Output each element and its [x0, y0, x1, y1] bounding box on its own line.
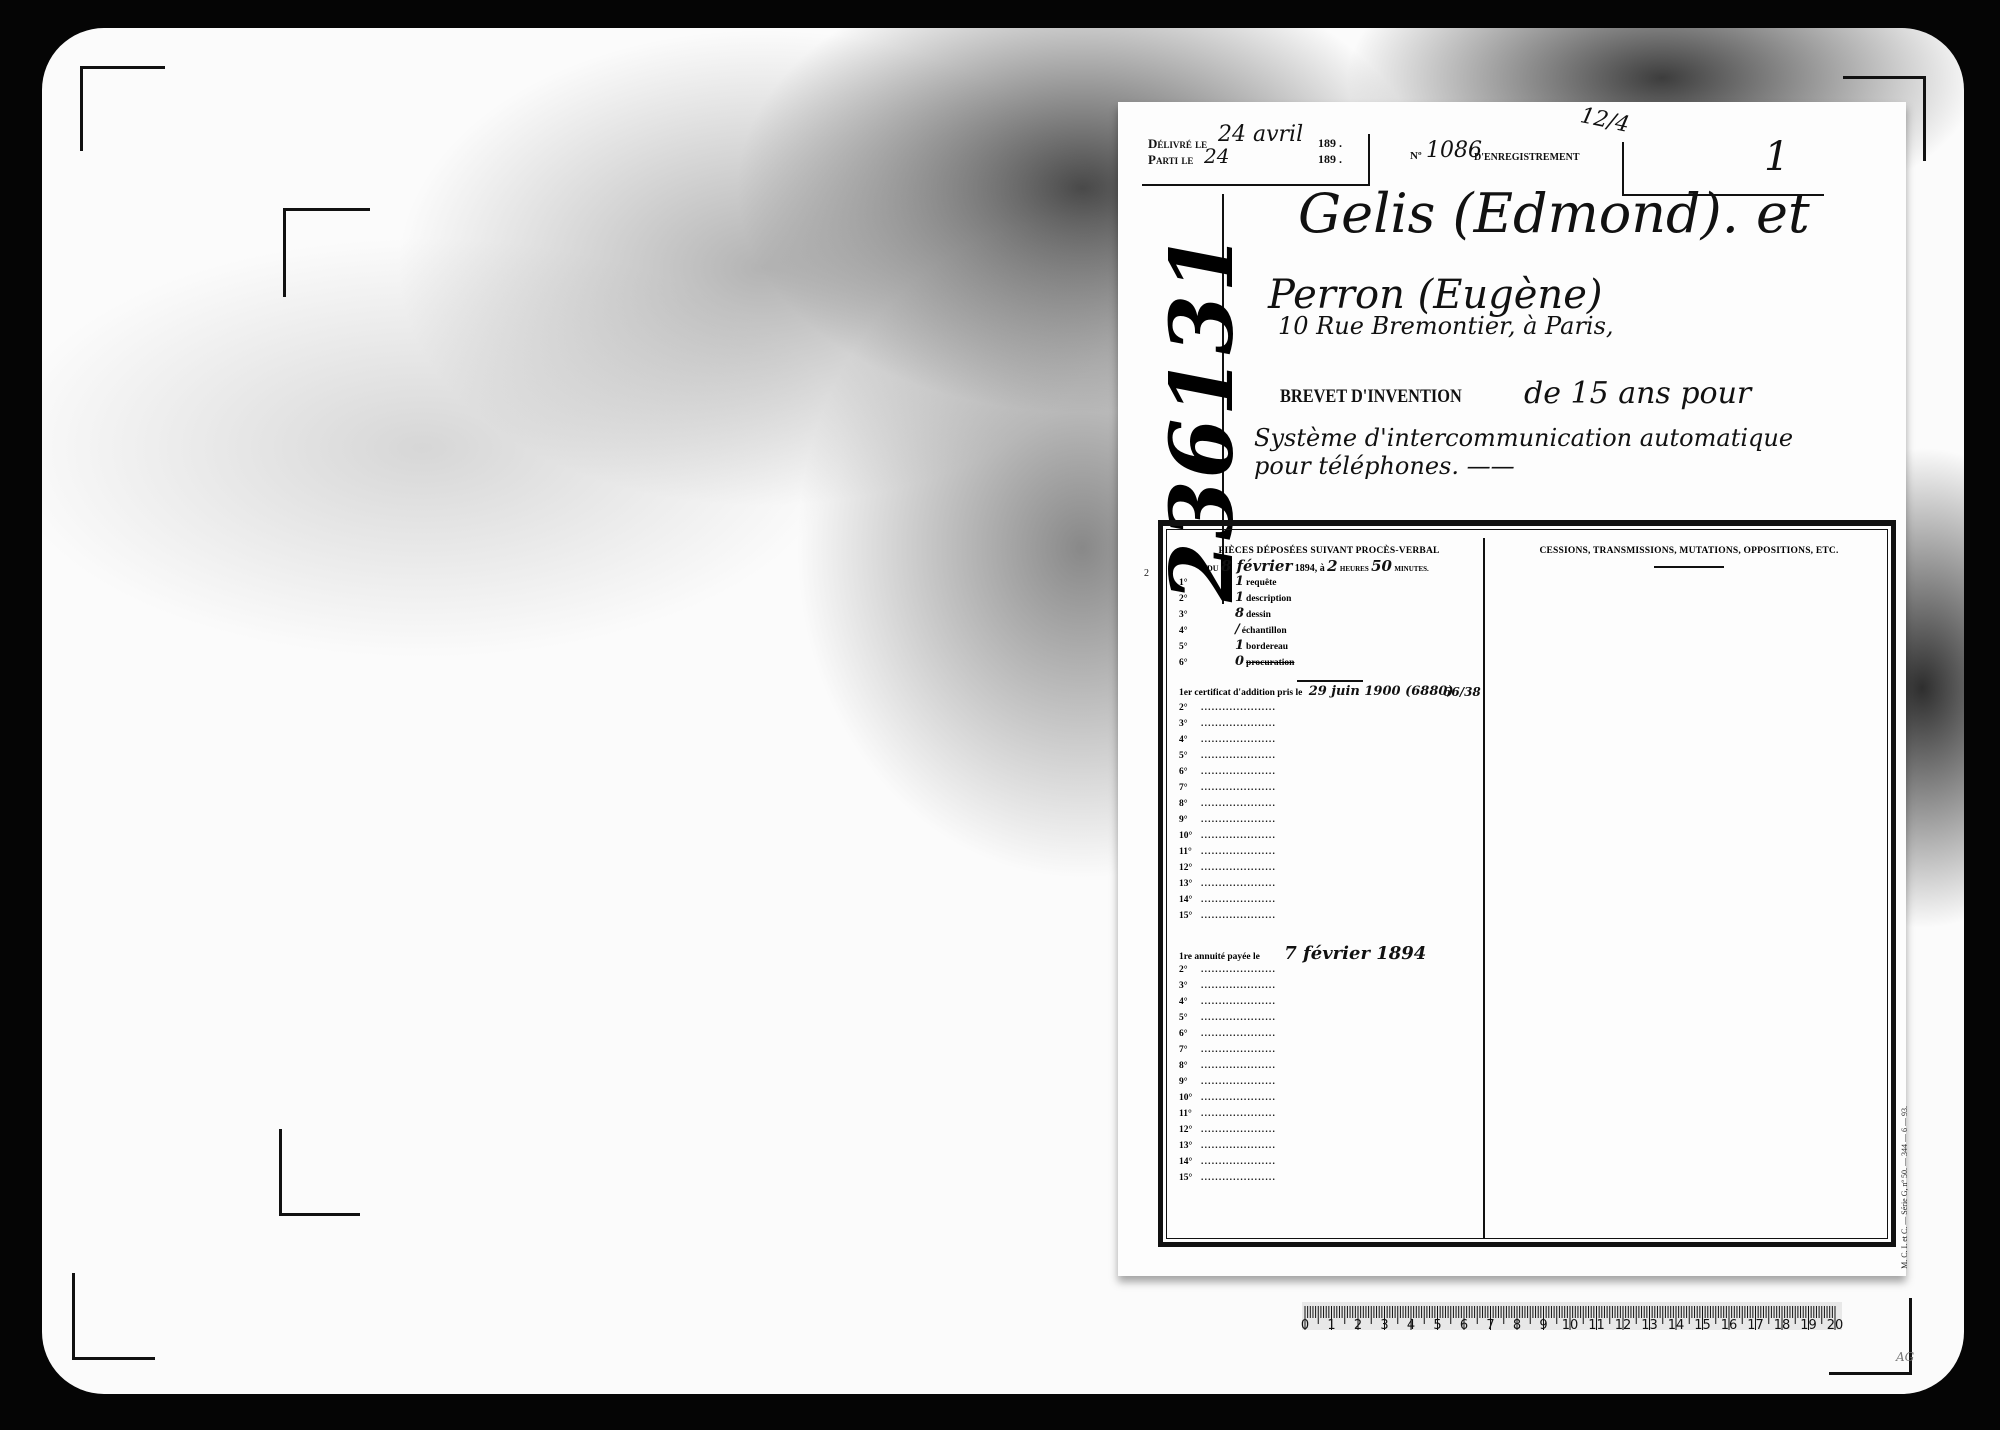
fraction-note: 12/4 [1578, 103, 1632, 138]
patent-subject-line-2: pour téléphones. —— [1254, 452, 1515, 480]
corner-mark-top-left-inner [283, 208, 370, 297]
ruler-label: 8 [1513, 1318, 1521, 1333]
ruler-label: 6 [1460, 1318, 1468, 1333]
piece-item: 3°8dessin [1179, 606, 1479, 622]
holder-line-1: Gelis (Edmond). et [1298, 182, 1810, 245]
list-item: 8°..................... [1179, 796, 1479, 812]
annuite-list: 2°.....................3°...............… [1179, 962, 1479, 1186]
list-item: 8°..................... [1179, 1058, 1479, 1074]
pieces-list: 1°1requête2°1description3°8dessin4°/écha… [1179, 574, 1479, 670]
patent-duration: de 15 ans pour [1524, 376, 1751, 411]
patent-number-small: 2 [1144, 568, 1149, 579]
ruler-label: 13 [1641, 1318, 1658, 1333]
ruler-label: 5 [1433, 1318, 1441, 1333]
ruler-label: 10 [1562, 1318, 1579, 1333]
right-column: CESSIONS, TRANSMISSIONS, MUTATIONS, OPPO… [1499, 546, 1879, 568]
list-item: 13°..................... [1179, 876, 1479, 892]
ruler-label: 14 [1668, 1318, 1685, 1333]
list-item: 10°..................... [1179, 828, 1479, 844]
list-item: 11°..................... [1179, 844, 1479, 860]
list-item: 6°..................... [1179, 1026, 1479, 1042]
ruler-label: 12 [1615, 1318, 1632, 1333]
piece-item: 2°1description [1179, 590, 1479, 606]
certificat-first-value: 29 juin 1900 (6880) [1309, 684, 1454, 699]
ruler-label: 20 [1827, 1318, 1844, 1333]
signature-mark: AG [1896, 1350, 1914, 1364]
certificat-first-ref: 66/38 [1443, 684, 1481, 700]
list-item: 15°..................... [1179, 908, 1479, 924]
registration-label: D'ENREGISTREMENT [1474, 152, 1580, 163]
list-item: 4°..................... [1179, 994, 1479, 1010]
list-item: 12°..................... [1179, 1122, 1479, 1138]
list-item: 7°..................... [1179, 1042, 1479, 1058]
ruler-label: 15 [1694, 1318, 1711, 1333]
list-item: 10°..................... [1179, 1090, 1479, 1106]
list-item: 11°..................... [1179, 1106, 1479, 1122]
registration-prefix: Nº [1410, 150, 1422, 162]
delivre-year: 189 . [1318, 136, 1342, 151]
piece-item: 1°1requête [1179, 574, 1479, 590]
ruler-label: 17 [1747, 1318, 1764, 1333]
ruler-label: 16 [1721, 1318, 1738, 1333]
list-item: 3°..................... [1179, 716, 1479, 732]
list-item: 3°..................... [1179, 978, 1479, 994]
list-item: 5°..................... [1179, 748, 1479, 764]
list-item: 9°..................... [1179, 1074, 1479, 1090]
delivre-value: 24 avril [1218, 122, 1303, 147]
ruler-labels: 01234567891011121314151617181920 [1302, 1318, 1862, 1338]
brevet-title: BREVET D'INVENTION [1280, 386, 1462, 408]
ruler-label: 3 [1380, 1318, 1388, 1333]
ruler-label: 9 [1539, 1318, 1547, 1333]
patent-subject-line-1: Système d'intercommunication automatique [1254, 424, 1793, 452]
ruler-label: 0 [1301, 1318, 1309, 1333]
left-column: PIÈCES DÉPOSÉES SUIVANT PROCÈS-VERBAL DU… [1179, 540, 1479, 1186]
record-table: PIÈCES DÉPOSÉES SUIVANT PROCÈS-VERBAL DU… [1158, 520, 1896, 1247]
holder-address: 10 Rue Bremontier, à Paris, [1278, 312, 1614, 340]
ruler-label: 11 [1588, 1318, 1605, 1333]
parti-year: 189 . [1318, 152, 1342, 167]
corner-mark-bottom-left-outer [72, 1273, 155, 1360]
certificat-first-row: 1er certificat d'addition pris le 29 jui… [1179, 684, 1479, 700]
list-item: 14°..................... [1179, 892, 1479, 908]
list-item: 6°..................... [1179, 764, 1479, 780]
cessions-heading: CESSIONS, TRANSMISSIONS, MUTATIONS, OPPO… [1499, 546, 1879, 556]
ruler-label: 2 [1354, 1318, 1362, 1333]
list-item: 12°..................... [1179, 860, 1479, 876]
piece-item: 5°1bordereau [1179, 638, 1479, 654]
list-item: 9°..................... [1179, 812, 1479, 828]
pieces-heading: PIÈCES DÉPOSÉES SUIVANT PROCÈS-VERBAL [1179, 546, 1479, 556]
list-item: 14°..................... [1179, 1154, 1479, 1170]
list-item: 7°..................... [1179, 780, 1479, 796]
parti-value: 24 [1204, 144, 1229, 168]
corner-mark-bottom-left-inner [279, 1129, 360, 1216]
list-item: 4°..................... [1179, 732, 1479, 748]
ruler-label: 7 [1486, 1318, 1494, 1333]
corner-mark-top-left-outer [80, 66, 165, 151]
annuite-first-value: 7 février 1894 [1284, 943, 1426, 964]
piece-item: 4°/échantillon [1179, 622, 1479, 638]
list-item: 13°..................... [1179, 1138, 1479, 1154]
list-item: 15°..................... [1179, 1170, 1479, 1186]
certificat-list: 2°.....................3°...............… [1179, 700, 1479, 924]
ruler-label: 1 [1327, 1318, 1335, 1333]
list-item: 2°..................... [1179, 700, 1479, 716]
page-mark: 1 [1764, 134, 1789, 180]
delivre-label: Délivré le [1148, 136, 1207, 152]
column-divider [1483, 538, 1485, 1238]
ruler-label: 4 [1407, 1318, 1415, 1333]
ruler-label: 18 [1774, 1318, 1791, 1333]
ruler-label: 19 [1800, 1318, 1817, 1333]
patent-record-card: Délivré le 24 avril 189 . Parti le 24 18… [1118, 102, 1906, 1276]
annuite-first-row: 1re annuité payée le 7 février 1894 [1179, 946, 1479, 962]
piece-item: 6°0procuration [1179, 654, 1479, 670]
pieces-date: 8 février [1221, 557, 1292, 575]
delivery-box: Délivré le 24 avril 189 . Parti le 24 18… [1142, 134, 1370, 186]
list-item: 2°..................... [1179, 962, 1479, 978]
printer-note: M. C. I. et C. — Série G, nº 50. — 344 —… [1900, 1106, 1909, 1269]
parti-label: Parti le [1148, 152, 1193, 168]
list-item: 5°..................... [1179, 1010, 1479, 1026]
pieces-date-row: DU 8 février 1894, à 2 HEURES 50 MINUTES… [1207, 558, 1479, 574]
